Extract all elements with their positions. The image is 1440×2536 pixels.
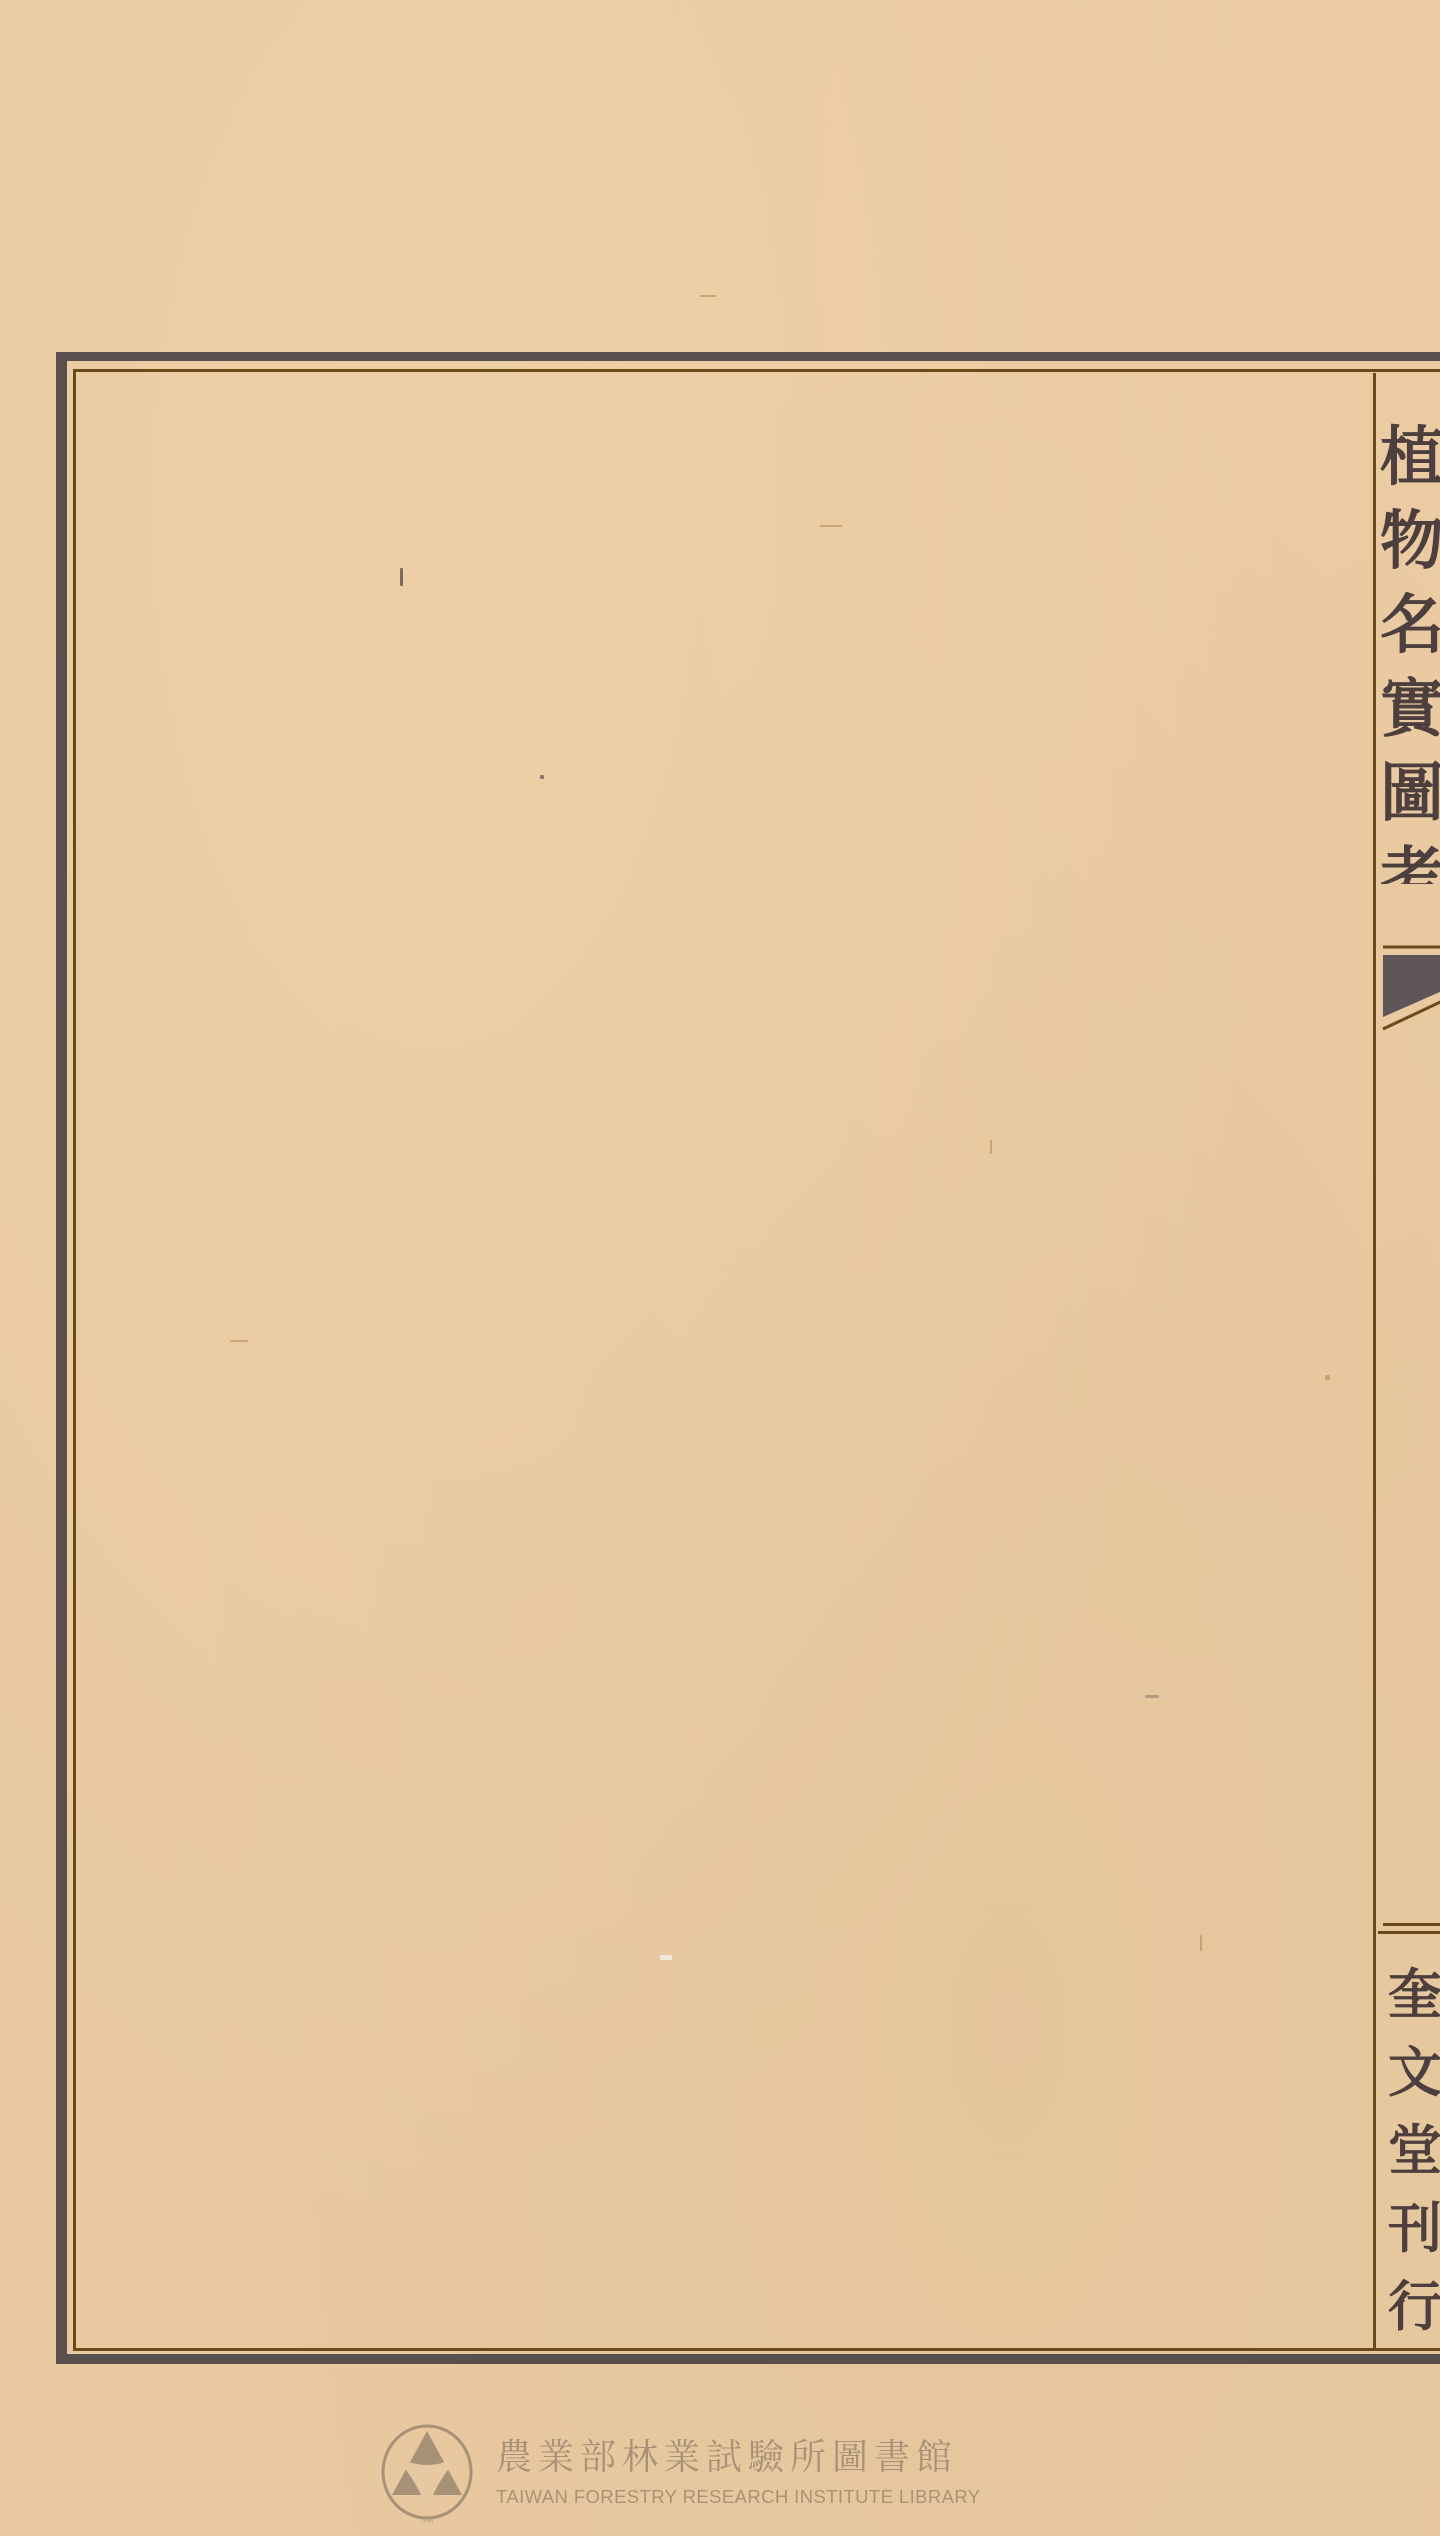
paper-fiber (400, 568, 403, 586)
paper-fiber (230, 1340, 248, 1342)
banxin-rule (1373, 373, 1376, 2348)
paper-fiber (990, 1140, 992, 1154)
title-char: 植 (1380, 420, 1440, 496)
paper-fiber (540, 775, 544, 779)
paper-fiber (1325, 1375, 1330, 1380)
fishtail-icon (1381, 945, 1440, 1045)
publisher-char: 堂 (1388, 2111, 1440, 2189)
paper-fiber (820, 525, 842, 527)
title-char: 實 (1380, 672, 1440, 748)
paper-fiber (660, 1955, 672, 1960)
title-char: 名 (1380, 588, 1440, 664)
publisher-char: 行 (1388, 2267, 1440, 2345)
library-watermark: 1896 TFRI 農業部林業試驗所圖書館 TAIWAN FORESTRY RE… (372, 2412, 1072, 2532)
svg-text:TFRI: TFRI (420, 2519, 434, 2525)
publisher-column: 奎 文 堂 刊 行 (1388, 1955, 1440, 2345)
lower-section-rule (1383, 1923, 1440, 1926)
watermark-title-en: TAIWAN FORESTRY RESEARCH INSTITUTE LIBRA… (496, 2485, 981, 2509)
tfri-emblem-icon: 1896 TFRI (372, 2417, 482, 2527)
book-title-column: 植 物 名 實 圖 考 (1380, 420, 1440, 884)
paper-fiber (1200, 1935, 1202, 1951)
title-char: 物 (1380, 504, 1440, 580)
watermark-title-cn: 農業部林業試驗所圖書館 (496, 2435, 981, 2481)
publisher-char: 奎 (1388, 1955, 1440, 2033)
lower-section-rule (1378, 1931, 1440, 1934)
title-char: 圖 (1380, 756, 1440, 832)
publisher-char: 刊 (1388, 2189, 1440, 2267)
main-panel (80, 380, 1370, 2340)
svg-text:1896: 1896 (417, 2497, 437, 2507)
title-char: 考 (1380, 840, 1440, 884)
paper-fiber (1145, 1695, 1159, 1698)
paper-fiber (700, 295, 716, 297)
publisher-char: 文 (1388, 2033, 1440, 2111)
